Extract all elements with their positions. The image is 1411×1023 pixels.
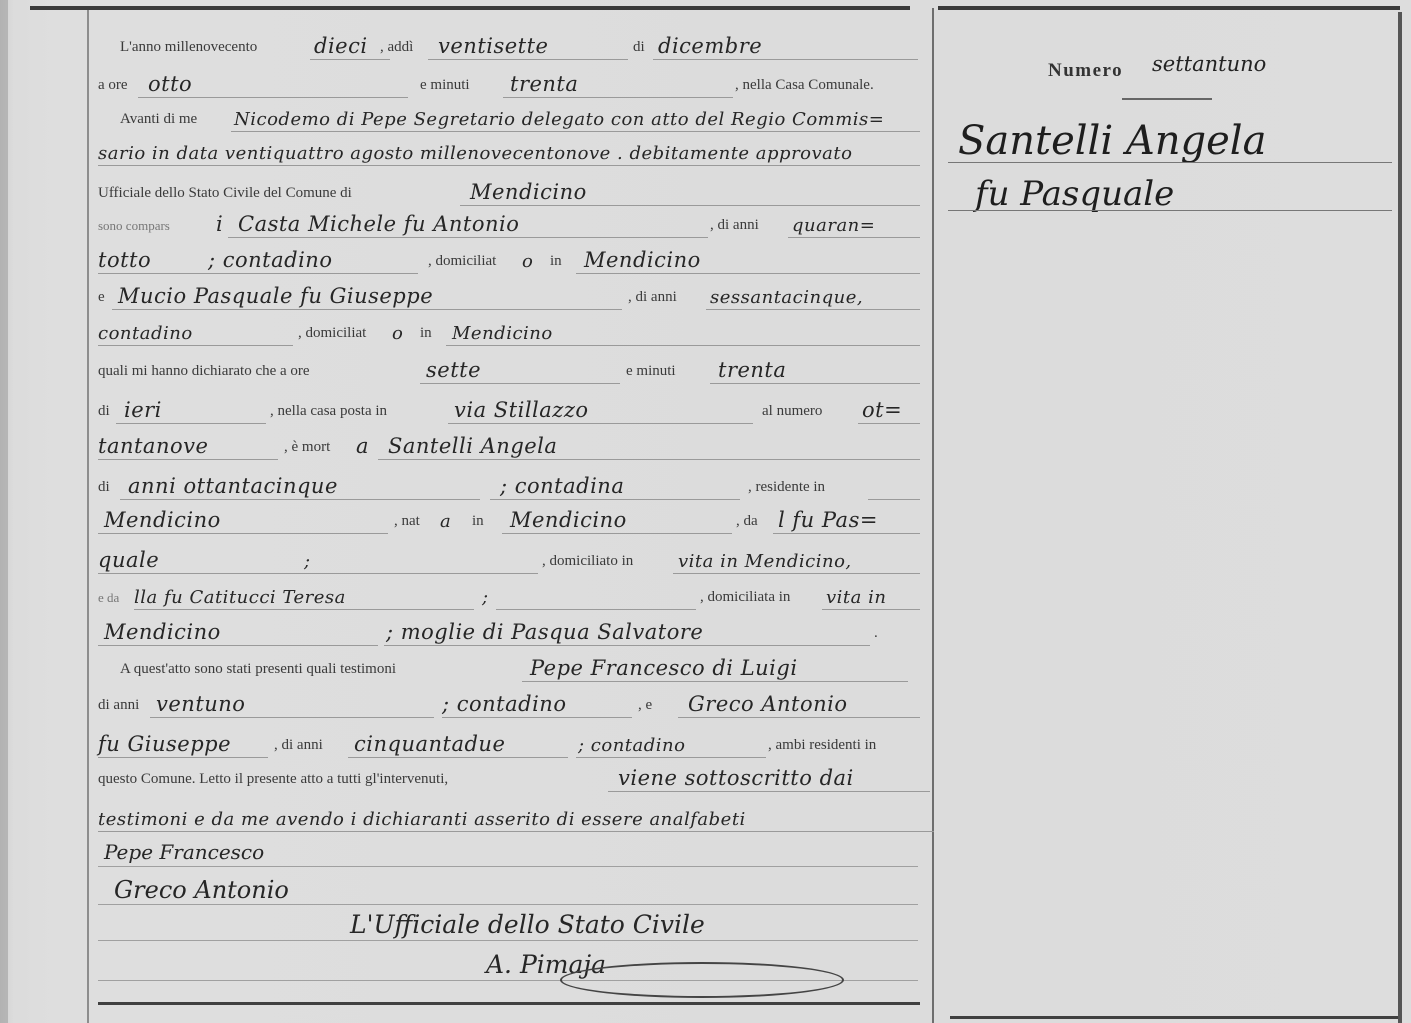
handwritten-spouse: ; moglie di Pasqua Salvatore [386,620,703,644]
handwritten-hour: otto [148,72,192,96]
handwritten-residence: Mendicino [104,508,221,532]
record-line-16: e da lla fu Catitucci Teresa ; , domicil… [98,584,920,612]
handwritten-suffix: o [392,323,403,344]
printed-text: L'anno millenovecento [120,39,257,56]
handwritten-age: quaran= [792,215,875,236]
handwritten-witness-1: Pepe Francesco di Luigi [530,656,798,680]
handwritten-witness-1-age: ventuno [156,692,245,716]
record-line-21: questo Comune. Letto il presente atto a … [98,766,920,794]
handwritten-house-number-cont: tantanove [98,434,208,458]
bottom-rule-left [98,1002,920,1005]
handwritten-suffix: a [356,434,369,458]
printed-text: , nella Casa Comunale. [735,77,874,94]
officer-title: L'Ufficiale dello Stato Civile [350,910,705,939]
numero-value: settantuno [1152,52,1266,76]
printed-text: a ore [98,77,128,94]
register-page: Numero settantuno Santelli Angela fu Pas… [0,0,1411,1023]
handwritten-minutes: trenta [718,358,786,382]
handwritten-minutes: trenta [510,72,578,96]
printed-text: e da [98,590,119,606]
record-line-1: L'anno millenovecento dieci , addì venti… [98,34,920,62]
printed-text: e [98,289,105,306]
handwritten-suffix: a [440,511,451,532]
printed-text: sono compars [98,218,170,234]
printed-text: , di anni [274,737,323,754]
printed-text: , domiciliat [428,253,496,270]
printed-text: , nella casa posta in [270,403,387,420]
handwritten-father-domicile: vita in Mendicino, [678,551,852,572]
printed-text: di [98,403,110,420]
handwritten-delegation: sario in data ventiquattro agosto millen… [98,143,852,164]
numero-underline [1122,98,1212,100]
handwritten-declarant-2: Mucio Pasquale fu Giuseppe [118,284,433,308]
handwritten-domicile: Mendicino [584,248,701,272]
handwritten-profession: ; contadino [208,248,332,272]
printed-text: , è mort [284,439,330,456]
handwritten-profession: contadino [98,323,193,344]
handwritten-closing: viene sottoscritto dai [618,766,854,790]
handwritten-comune: Mendicino [470,180,587,204]
printed-text: Ufficiale dello Stato Civile del Comune … [98,185,352,202]
printed-text: di anni [98,697,139,714]
printed-text: , addì [380,39,413,56]
handwritten-suffix: i [216,212,223,236]
handwritten-witness-1-profession: ; contadino [442,692,566,716]
printed-text: , da [736,513,758,530]
handwritten-birthplace: Mendicino [510,508,627,532]
handwritten-hour: sette [426,358,481,382]
record-line-2: a ore otto e minuti trenta , nella Casa … [98,72,920,100]
printed-text: , domiciliata in [700,589,790,606]
signature-rule-2 [98,904,918,905]
handwritten-day: ventisette [438,34,548,58]
handwritten-witness-2-age: cinquantadue [354,732,505,756]
deceased-father: fu Pasquale [975,174,1174,214]
column-divider [932,8,934,1023]
printed-text: , domiciliat [298,325,366,342]
record-line-13: di anni ottantacinque ; contadina , resi… [98,474,920,502]
handwritten-deceased-name: Santelli Angela [388,434,557,458]
record-line-19: di anni ventuno ; contadino , e Greco An… [98,692,920,720]
record-line-22: testimoni e da me avendo i dichiaranti a… [98,806,938,834]
printed-text: . [874,625,878,642]
bottom-rule-right [950,1016,1398,1019]
handwritten-separator: ; [482,587,489,608]
printed-text: Avanti di me [120,111,197,128]
printed-text: in [472,513,484,530]
printed-text: , ambi residenti in [768,737,876,754]
printed-text: e minuti [626,363,676,380]
handwritten-witness-2-father: fu Giuseppe [98,732,231,756]
handwritten-mother: lla fu Catitucci Teresa [134,587,346,608]
handwritten-separator: ; [304,551,311,572]
handwritten-age-cont: totto [98,248,151,272]
printed-text: di [633,39,645,56]
handwritten-father-cont: quale [98,548,159,572]
record-line-20: fu Giuseppe , di anni cinquantadue ; con… [98,732,920,760]
handwritten-domicile: Mendicino [452,323,553,344]
handwritten-officer: Nicodemo di Pepe Segretario delegato con… [234,109,884,130]
witness-1-signature: Pepe Francesco [104,840,264,864]
record-line-10: quali mi hanno dichiarato che a ore sett… [98,358,920,386]
handwritten-father: l fu Pas= [778,508,878,532]
record-line-17: Mendicino ; moglie di Pasqua Salvatore . [98,620,920,648]
right-border-rule [1398,12,1402,1023]
record-line-12: tantanove , è mort a Santelli Angela [98,434,920,462]
record-line-11: di ieri , nella casa posta in via Stilla… [98,398,920,426]
handwritten-street: via Stillazzo [454,398,589,422]
handwritten-mother-domicile: vita in [826,587,886,608]
signature-flourish [560,962,844,998]
record-line-18: A quest'atto sono stati presenti quali t… [98,656,920,684]
handwritten-suffix: o [522,251,533,272]
numero-label: Numero [1048,60,1123,82]
printed-text: quali mi hanno dichiarato che a ore [98,363,310,380]
handwritten-declarant-1: Casta Michele fu Antonio [238,212,519,236]
name-rule-2 [948,210,1392,211]
record-line-8: e Mucio Pasquale fu Giuseppe , di anni s… [98,284,920,312]
signature-rule-1 [98,866,918,867]
record-line-15: quale ; , domiciliato in vita in Mendici… [98,548,920,576]
record-line-5: Ufficiale dello Stato Civile del Comune … [98,180,920,208]
record-line-14: Mendicino , nat a in Mendicino , da l fu… [98,508,920,536]
printed-text: , domiciliato in [542,553,633,570]
handwritten-month: dicembre [658,34,762,58]
printed-text: di [98,479,110,496]
printed-text: , di anni [710,217,759,234]
handwritten-witness-2-profession: ; contadino [578,735,685,756]
top-border-rule [30,6,910,10]
deceased-name: Santelli Angela [958,118,1266,164]
printed-text: , nat [394,513,420,530]
printed-text: e minuti [420,77,470,94]
top-border-rule-right [938,6,1400,10]
record-line-6: sono compars i Casta Michele fu Antonio … [98,212,920,240]
printed-text: , di anni [628,289,677,306]
record-line-7: totto ; contadino , domiciliat o in Mend… [98,248,920,276]
handwritten-age: sessantacinque, [710,287,863,308]
printed-text: al numero [762,403,822,420]
name-rule-1 [948,162,1392,163]
printed-text: in [550,253,562,270]
printed-text: A quest'atto sono stati presenti quali t… [120,661,396,678]
printed-text: , residente in [748,479,825,496]
handwritten-witness-2: Greco Antonio [688,692,847,716]
handwritten-profession: ; contadina [500,474,624,498]
handwritten-day: ieri [124,398,162,422]
record-line-4: sario in data ventiquattro agosto millen… [98,140,920,168]
printed-text: , e [638,697,652,714]
witness-2-signature: Greco Antonio [114,876,289,904]
printed-text: questo Comune. Letto il presente atto a … [98,771,448,788]
handwritten-mother-domicile-cont: Mendicino [104,620,221,644]
page-binding-edge [0,0,8,1023]
handwritten-closing-cont: testimoni e da me avendo i dichiaranti a… [98,809,746,830]
handwritten-house-number: ot= [862,398,902,422]
signature-rule-3 [98,940,918,941]
handwritten-age: anni ottantacinque [128,474,338,498]
record-line-9: contadino , domiciliat o in Mendicino [98,320,920,348]
record-line-3: Avanti di me Nicodemo di Pepe Segretario… [98,106,920,134]
handwritten-year: dieci [314,34,368,58]
left-margin-rule [87,8,89,1023]
printed-text: in [420,325,432,342]
